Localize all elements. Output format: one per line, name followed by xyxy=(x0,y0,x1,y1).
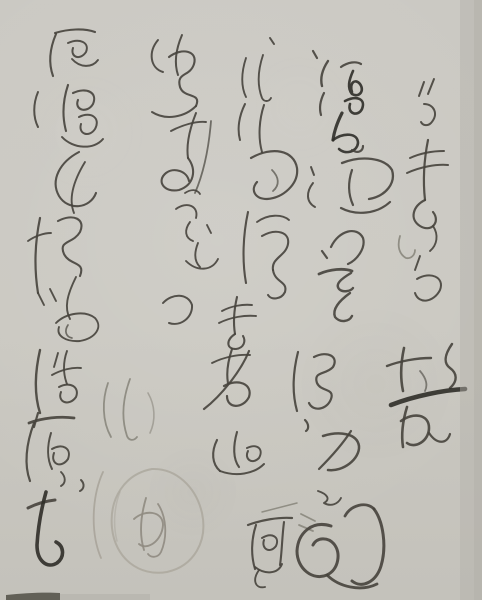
col5-char-yu-stroke xyxy=(62,137,103,147)
pencil-inner-char xyxy=(134,498,165,557)
col2-char-loops-stroke xyxy=(294,352,298,411)
col2-char-no-stroke xyxy=(323,433,359,470)
col5-char-wi-stroke xyxy=(56,313,98,341)
col5-char-kiyo xyxy=(36,350,81,413)
col3-char-tori-stroke xyxy=(248,518,292,525)
col1-char-tall-stroke xyxy=(407,165,448,173)
col1-top-dots-stroke xyxy=(421,104,435,125)
col1-top-dots xyxy=(419,79,435,125)
col1-char-big-stroke xyxy=(446,344,456,388)
pencil-inner-char-stroke xyxy=(134,513,163,547)
col4-char-faint-stroke xyxy=(123,379,137,440)
col5-char-mise-stroke xyxy=(48,433,52,469)
col1-char-big-stroke xyxy=(402,407,407,447)
col2-char-dark-stroke xyxy=(321,61,328,86)
col2-char-dark-stroke xyxy=(341,62,361,67)
col5-char-mise xyxy=(27,413,74,486)
col3-char-a-stroke xyxy=(204,351,249,409)
pencil-inner-char-stroke xyxy=(141,498,146,550)
col1-char-big-stroke xyxy=(387,358,431,366)
col5-char-ni xyxy=(50,29,98,76)
col2-tick xyxy=(318,491,341,505)
col3-char-tori-stroke xyxy=(252,525,256,569)
col3-top-dot-stroke xyxy=(270,38,274,44)
col5-dot-stroke xyxy=(80,480,84,491)
col3-char-loop-stroke xyxy=(272,170,278,191)
col3-char-omote xyxy=(219,297,256,349)
col3-char-ho-stroke xyxy=(244,212,248,283)
col2-char-no xyxy=(305,420,359,470)
col5-char-kiyo-stroke xyxy=(64,351,67,384)
calligraphy-svg xyxy=(0,0,482,600)
col5-char-mise-stroke xyxy=(27,423,34,481)
col5-char-yu-stroke xyxy=(64,85,68,131)
col2-char-so-stroke xyxy=(331,231,364,264)
col3-char-loop xyxy=(239,104,298,199)
col5-char-kiyo-stroke xyxy=(36,350,40,413)
col5-char-ni-stroke xyxy=(55,29,95,33)
col2-char-dark-stroke xyxy=(320,93,324,115)
col3-char-yama xyxy=(213,432,264,474)
col2-char-chi-stroke xyxy=(341,202,390,213)
col4-char-faint-stroke xyxy=(104,383,111,437)
col4-char-fu-stroke xyxy=(186,222,193,241)
col1-char-tall-stroke xyxy=(410,151,444,158)
col2-tick-stroke xyxy=(318,491,341,505)
col3-char-ho-stroke xyxy=(262,232,288,270)
col5-char-wi xyxy=(56,313,98,341)
col3-char-yama-stroke xyxy=(213,440,220,471)
col3-char-yama-stroke xyxy=(220,464,264,474)
col5-char-no xyxy=(56,152,96,213)
col4-char-top-stroke xyxy=(152,106,196,117)
col5-char-ni-stroke xyxy=(50,34,56,76)
col4-char-fu-stroke xyxy=(176,205,196,218)
col3-char-tori-stroke xyxy=(262,535,277,550)
col2-char-chi-stroke xyxy=(349,170,353,205)
col1-char-big-stroke xyxy=(420,371,426,391)
col3-slash-light-stroke xyxy=(262,503,297,512)
col3-char-ho-stroke xyxy=(268,270,285,298)
col5-char-yu-stroke xyxy=(79,115,97,134)
col5-char-kiyo-stroke xyxy=(52,368,81,375)
col2-char-so-stroke xyxy=(338,273,353,291)
col4-char-nu xyxy=(162,113,211,193)
paper-edge-right-shadow-stroke xyxy=(474,0,482,600)
col3-char-ii-stroke xyxy=(259,55,271,101)
col2-char-dark-stroke xyxy=(349,71,362,95)
pencil-circle xyxy=(112,469,204,573)
col1-top-dots-stroke xyxy=(428,79,434,94)
col4-char-faint xyxy=(104,379,154,440)
pencil-paren-stroke xyxy=(94,472,103,558)
col5-char-tei xyxy=(28,217,81,319)
col4-char-top-stroke xyxy=(152,40,163,72)
col3-slash-light xyxy=(262,503,297,512)
col4-char-nu-stroke xyxy=(187,113,196,158)
col5-char-yu-stroke xyxy=(34,92,38,127)
pencil-circle-stroke xyxy=(112,469,204,573)
col2-char-so-stroke xyxy=(322,251,327,258)
col5-char-tei-stroke xyxy=(58,217,81,276)
col2-char-dark-stroke xyxy=(345,98,363,113)
paper-edge-right-shadow xyxy=(460,0,482,600)
col1-char-big-stroke xyxy=(401,348,404,391)
col3-char-yama-stroke xyxy=(247,446,261,461)
col2-char-dark-stroke xyxy=(313,51,317,58)
col4-char-nu-stroke xyxy=(171,122,206,131)
col5-char-ni-stroke xyxy=(72,59,98,66)
calligraphy-photo xyxy=(0,0,482,600)
col4-char-fu-stroke xyxy=(207,225,211,233)
col2-mark-shi xyxy=(399,236,415,258)
col5-char-tei-stroke xyxy=(28,233,51,241)
col2-char-so-stroke xyxy=(334,293,352,321)
col3-char-omote-stroke xyxy=(219,316,256,323)
col5-dot xyxy=(80,480,84,491)
col3-char-a-stroke xyxy=(227,349,232,383)
col3-char-loop-stroke xyxy=(260,105,264,152)
col2-char-hi-big xyxy=(297,505,384,588)
col3-char-yama-stroke xyxy=(234,432,239,467)
col2-char-so xyxy=(319,231,364,321)
col2-char-loops-stroke xyxy=(309,354,335,408)
col1-char-ra-stroke xyxy=(415,256,420,270)
paper-edge-bottom-left-stroke xyxy=(60,594,150,600)
col2-char-chi xyxy=(308,159,393,213)
col1-char-tall xyxy=(407,140,448,251)
col1-char-tall-stroke xyxy=(424,140,428,200)
paper-edge-bottom-left-stroke xyxy=(6,593,60,600)
col3-char-tori xyxy=(248,518,292,587)
col3-char-ii-stroke xyxy=(242,58,246,97)
col4-char-faint-stroke xyxy=(148,393,154,433)
col2-char-no-stroke xyxy=(305,420,308,431)
col5-ditto-marks-stroke xyxy=(38,293,44,305)
col5-char-mise-stroke xyxy=(61,472,65,486)
col5-char-mo xyxy=(28,492,63,565)
col5-char-wi-stroke xyxy=(66,325,72,338)
col4-char-fu xyxy=(176,190,211,241)
col5-char-ni-stroke xyxy=(68,41,87,57)
col1-char-ra-stroke xyxy=(415,275,441,300)
col4-char-to-stroke xyxy=(195,243,200,267)
col3-char-ho xyxy=(244,212,289,298)
col5-char-kiyo-stroke xyxy=(59,385,77,403)
col1-char-tall-stroke xyxy=(430,226,437,251)
col3-char-a xyxy=(204,349,250,409)
col2-char-hi-big-stroke xyxy=(297,525,338,577)
col2-char-dark-stroke xyxy=(333,135,358,152)
col5-char-yu xyxy=(34,85,103,147)
col3-char-omote-stroke xyxy=(228,334,244,349)
col2-char-hi-big-stroke xyxy=(301,514,315,521)
col4-char-to-stroke xyxy=(186,259,218,269)
col5-char-tei-stroke xyxy=(36,218,40,293)
col1-char-ra xyxy=(415,256,441,301)
col2-char-so-stroke xyxy=(319,269,352,274)
col4-char-tsu-stroke xyxy=(163,296,192,324)
col2-char-hi-big-stroke xyxy=(345,505,374,516)
col3-char-tori-stroke xyxy=(280,522,284,565)
col4-char-nu-stroke xyxy=(162,158,194,190)
col2-char-loops xyxy=(294,352,335,411)
col3-char-omote-stroke xyxy=(234,297,237,334)
col5-char-mise-stroke xyxy=(52,446,69,464)
col3-top-dot xyxy=(270,38,274,44)
col4-char-tsu xyxy=(163,296,192,324)
col3-char-loop-stroke xyxy=(251,151,297,199)
col1-char-big-stroke xyxy=(429,433,450,442)
col1-char-tall-stroke xyxy=(414,200,436,228)
col5-char-kiyo-stroke xyxy=(54,353,58,367)
col4-char-top-stroke xyxy=(176,35,182,75)
col1-top-dots-stroke xyxy=(419,82,424,96)
col2-char-chi-stroke xyxy=(311,167,314,175)
col2-mark-shi-stroke xyxy=(399,236,415,258)
col5-ditto-marks xyxy=(38,289,56,305)
col3-char-loop-stroke xyxy=(239,104,245,140)
col4-char-nu-stroke xyxy=(195,121,211,193)
col3-char-ho-stroke xyxy=(257,216,289,222)
col4-char-fu-stroke xyxy=(185,190,200,194)
col2-char-hi-big-stroke xyxy=(352,509,384,584)
col5-char-yu-stroke xyxy=(73,90,94,109)
col5-char-tei-stroke xyxy=(67,277,76,319)
col4-char-top xyxy=(152,35,198,117)
col5-ditto-marks-stroke xyxy=(50,289,56,301)
col1-char-big xyxy=(387,344,465,447)
col3-char-ii xyxy=(242,55,271,101)
col1-char-big-stroke xyxy=(401,416,429,445)
col4-char-to xyxy=(186,243,218,269)
col4-char-top-stroke xyxy=(169,51,197,106)
col3-char-omote-stroke xyxy=(222,305,252,311)
paper-edge-bottom-left xyxy=(6,593,150,600)
col2-char-chi-stroke xyxy=(308,183,315,207)
pencil-paren xyxy=(94,472,103,558)
col2-char-dark xyxy=(313,51,363,152)
